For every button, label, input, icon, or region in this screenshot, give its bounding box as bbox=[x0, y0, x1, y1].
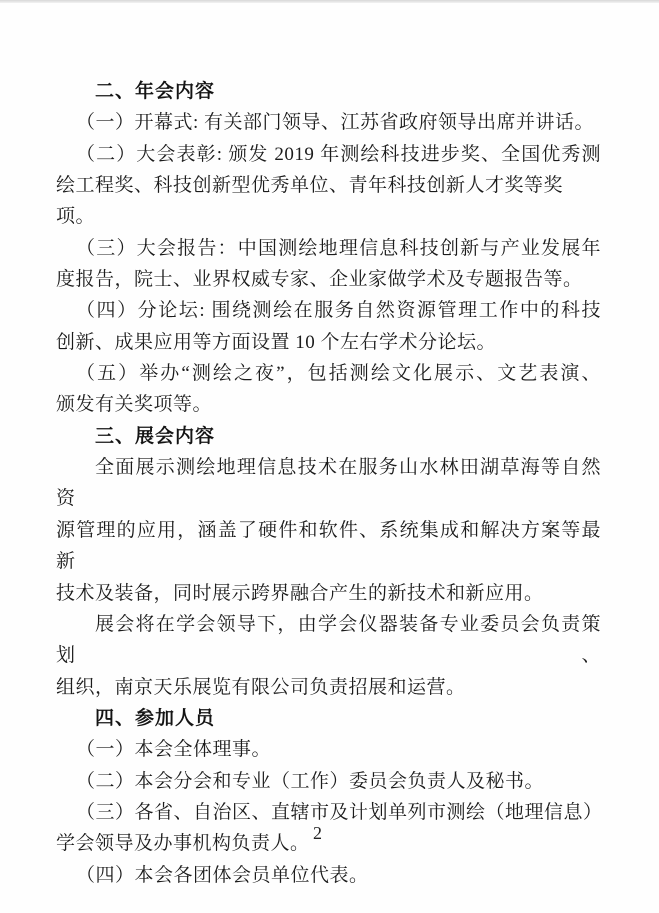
text-line: （四）本会各团体会员单位代表。 bbox=[56, 860, 601, 891]
text-line: （一）开幕式: 有关部门领导、江苏省政府领导出席并讲话。 bbox=[56, 107, 601, 138]
text-line: （四）分论坛: 围绕测绘在服务自然资源管理工作中的科技 bbox=[56, 295, 601, 326]
document-page: 二、年会内容 （一）开幕式: 有关部门领导、江苏省政府领导出席并讲话。 （二）大… bbox=[0, 0, 659, 913]
text-line: 技术及装备，同时展示跨界融合产生的新技术和新应用。 bbox=[56, 578, 601, 609]
section-heading-participants: 四、参加人员 bbox=[56, 703, 601, 734]
text-line: 展会将在学会领导下，由学会仪器装备专业委员会负责策划、 bbox=[56, 609, 601, 672]
text-line: 绘工程奖、科技创新型优秀单位、青年科技创新人才奖等奖项。 bbox=[56, 170, 601, 233]
text-line: 创新、成果应用等方面设置 10 个左右学术分论坛。 bbox=[56, 327, 601, 358]
text-line: （二）本会分会和专业（工作）委员会负责人及秘书。 bbox=[56, 766, 601, 797]
text-line: （一）本会全体理事。 bbox=[56, 734, 601, 765]
text-line: （五）举办“测绘之夜”，包括测绘文化展示、文艺表演、 bbox=[56, 358, 601, 389]
text-line: 全面展示测绘地理信息技术在服务山水林田湖草海等自然资 bbox=[56, 452, 601, 515]
text-line: 组织，南京天乐展览有限公司负责招展和运营。 bbox=[56, 672, 601, 703]
text-line: 颁发有关奖项等。 bbox=[56, 389, 601, 420]
document-body: 二、年会内容 （一）开幕式: 有关部门领导、江苏省政府领导出席并讲话。 （二）大… bbox=[56, 76, 601, 891]
text-line: （三）大会报告：中国测绘地理信息科技创新与产业发展年 bbox=[56, 233, 601, 264]
page-number: 2 bbox=[0, 823, 647, 844]
section-heading-exhibition-content: 三、展会内容 bbox=[56, 421, 601, 452]
section-heading-annual-meeting-content: 二、年会内容 bbox=[56, 76, 601, 107]
text-line: 度报告，院士、业界权威专家、企业家做学术及专题报告等。 bbox=[56, 264, 601, 295]
text-line: 源管理的应用，涵盖了硬件和软件、系统集成和解决方案等最新 bbox=[56, 515, 601, 578]
scan-edge-artifact bbox=[0, 0, 659, 3]
text-line: （二）大会表彰: 颁发 2019 年测绘科技进步奖、全国优秀测 bbox=[56, 139, 601, 170]
